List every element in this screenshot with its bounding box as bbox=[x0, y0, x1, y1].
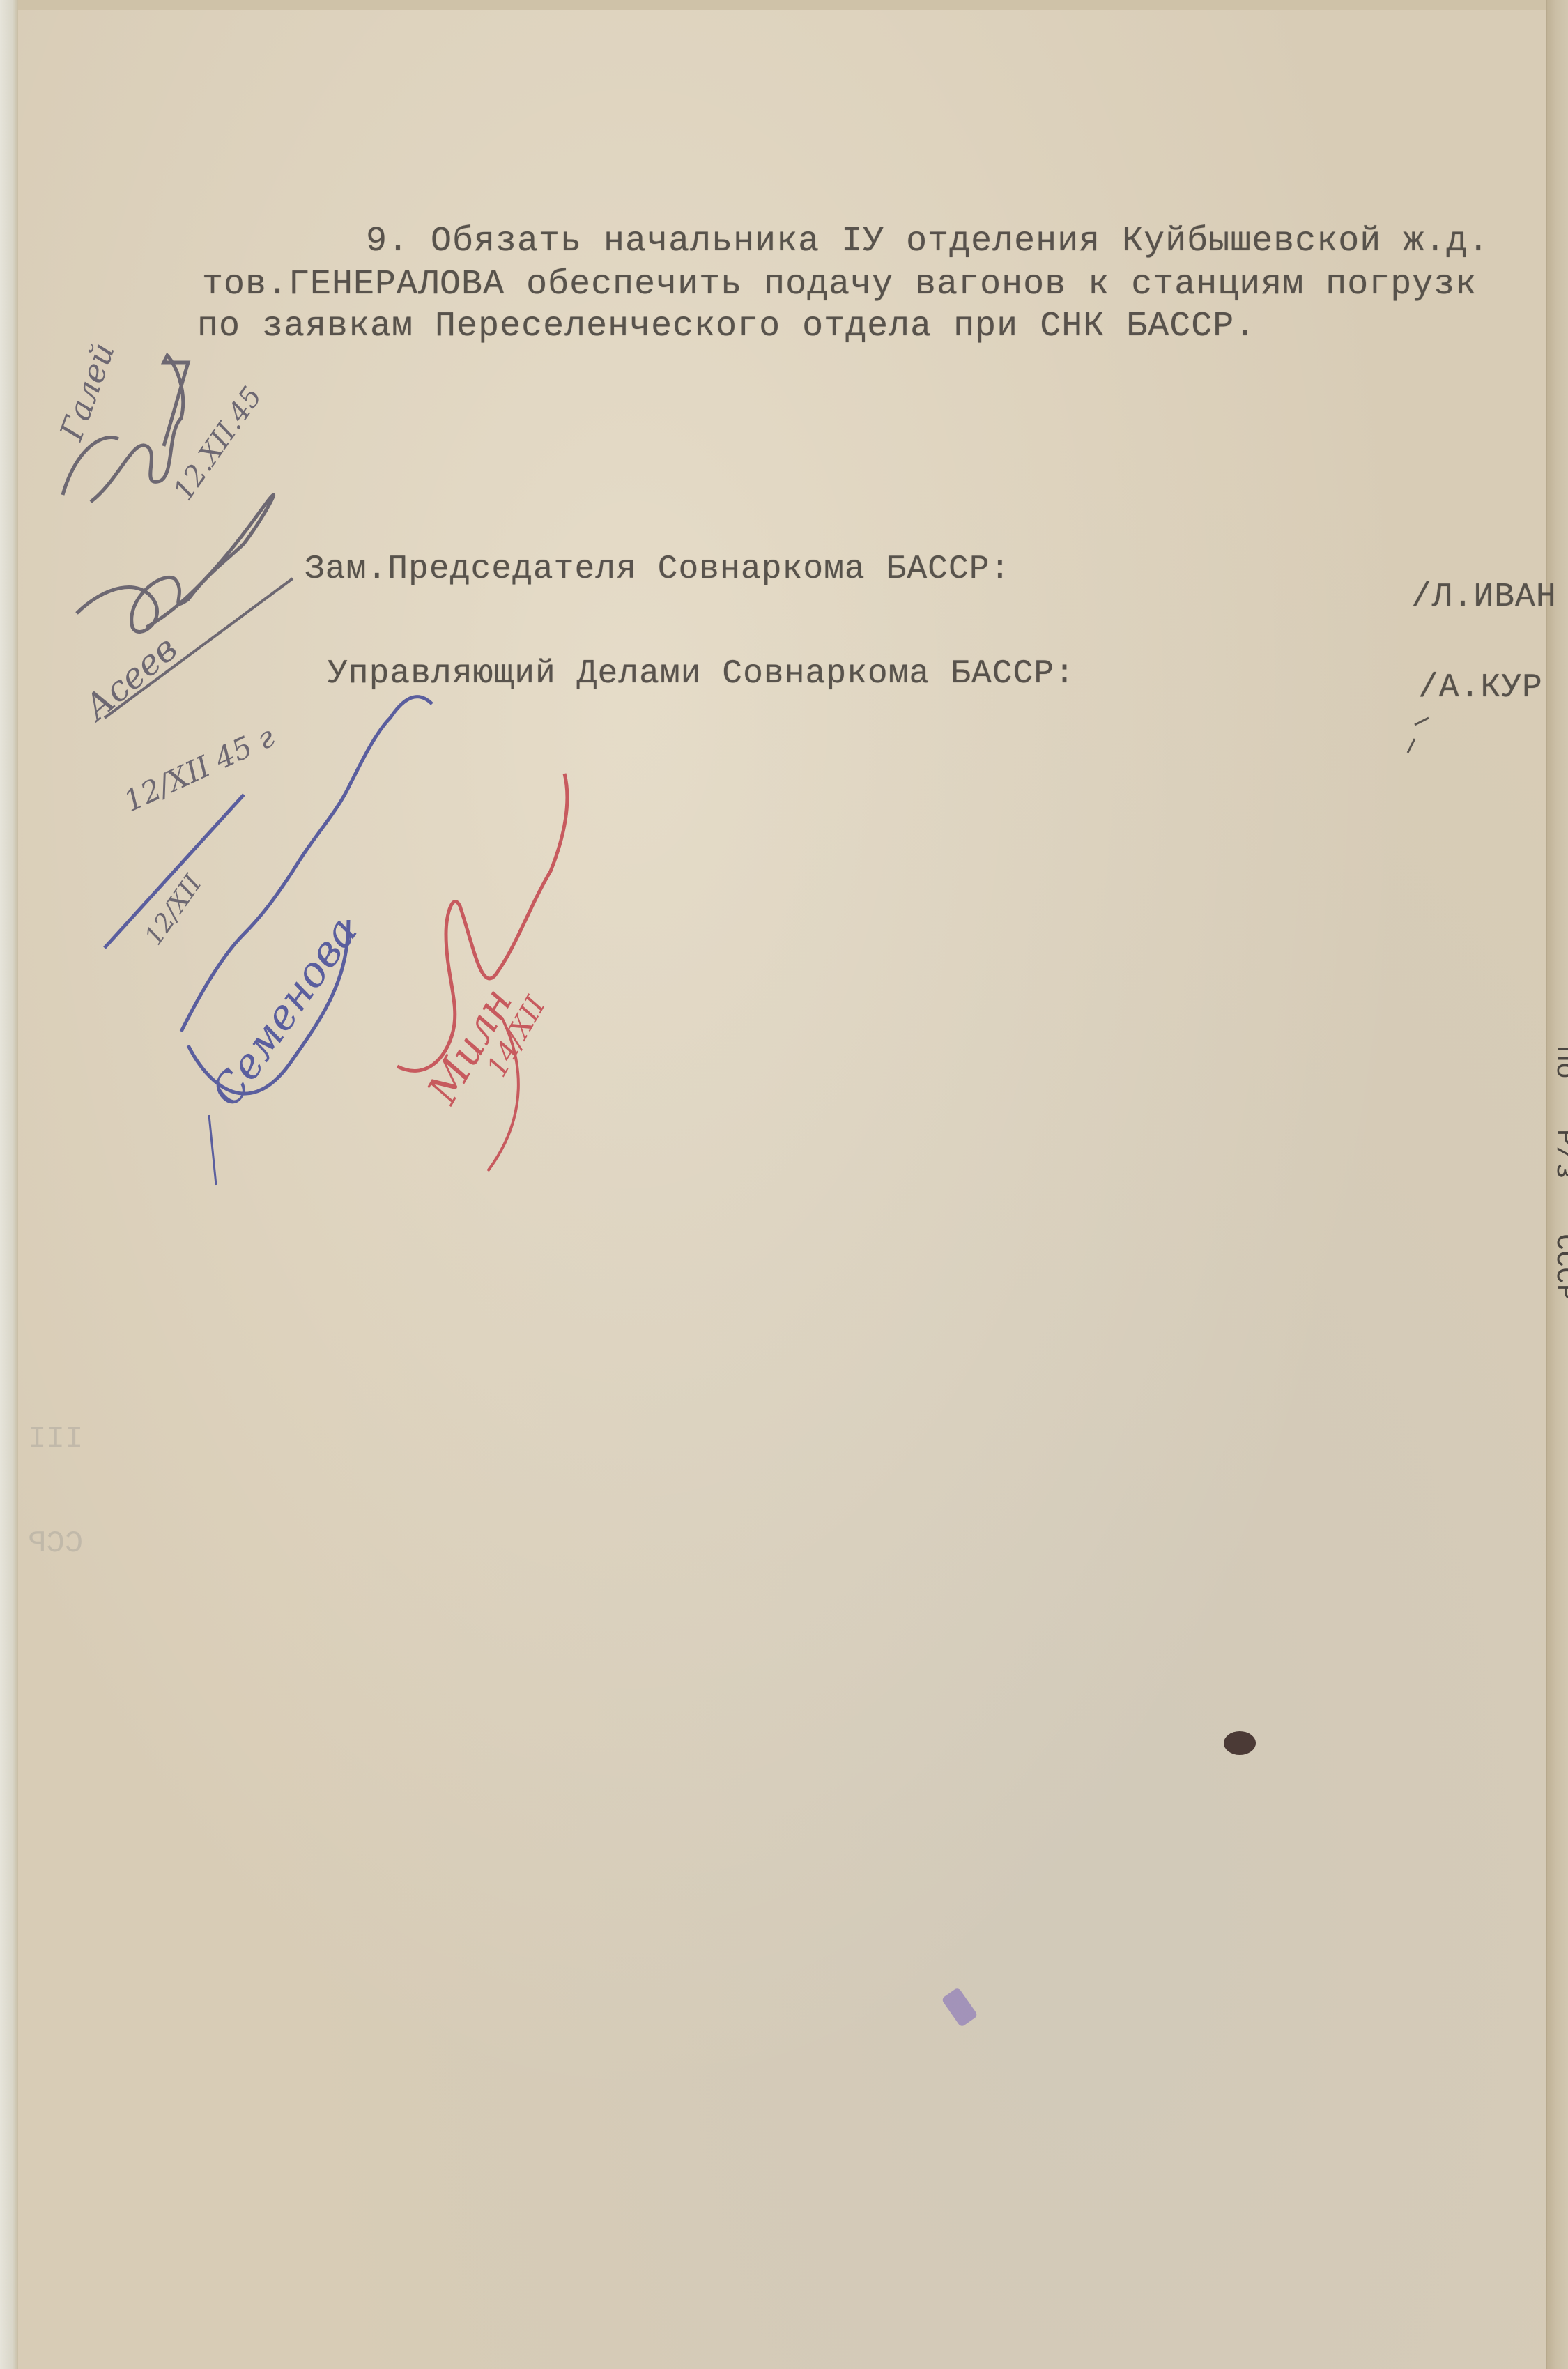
paragraph-9-line-1: 9. Обязать начальника IУ отделения Куйбы… bbox=[366, 222, 1489, 261]
margin-text-top: по bbox=[1548, 1045, 1568, 1079]
paragraph-9-line-3: по заявкам Переселенческого отдела при С… bbox=[197, 307, 1256, 346]
scan-top-edge bbox=[0, 0, 1568, 10]
adjacent-page-edge bbox=[1546, 0, 1568, 2369]
scan-left-edge bbox=[0, 0, 18, 2369]
paragraph-9-line-2: тов.ГЕНЕРАЛОВА обеспечить подачу вагонов… bbox=[202, 265, 1477, 305]
ink-stain bbox=[1224, 1731, 1256, 1755]
document-page bbox=[18, 10, 1555, 2369]
signatory-title-business-manager: Управляющий Делами Совнаркома БАССР: bbox=[328, 655, 1075, 693]
signatory-name-deputy-chairman: /Л.ИВАН bbox=[1411, 578, 1557, 616]
margin-text-vertical: СССР bbox=[1548, 1234, 1568, 1301]
bleed-through-text: III bbox=[28, 1422, 83, 1457]
signatory-title-deputy-chairman: Зам.Председателя Совнаркома БАССР: bbox=[305, 551, 1010, 588]
bleed-through-text: ССР bbox=[28, 1526, 83, 1561]
signatory-name-business-manager: /А.КУР bbox=[1418, 669, 1543, 707]
margin-text-mid: Р/з bbox=[1548, 1129, 1568, 1179]
